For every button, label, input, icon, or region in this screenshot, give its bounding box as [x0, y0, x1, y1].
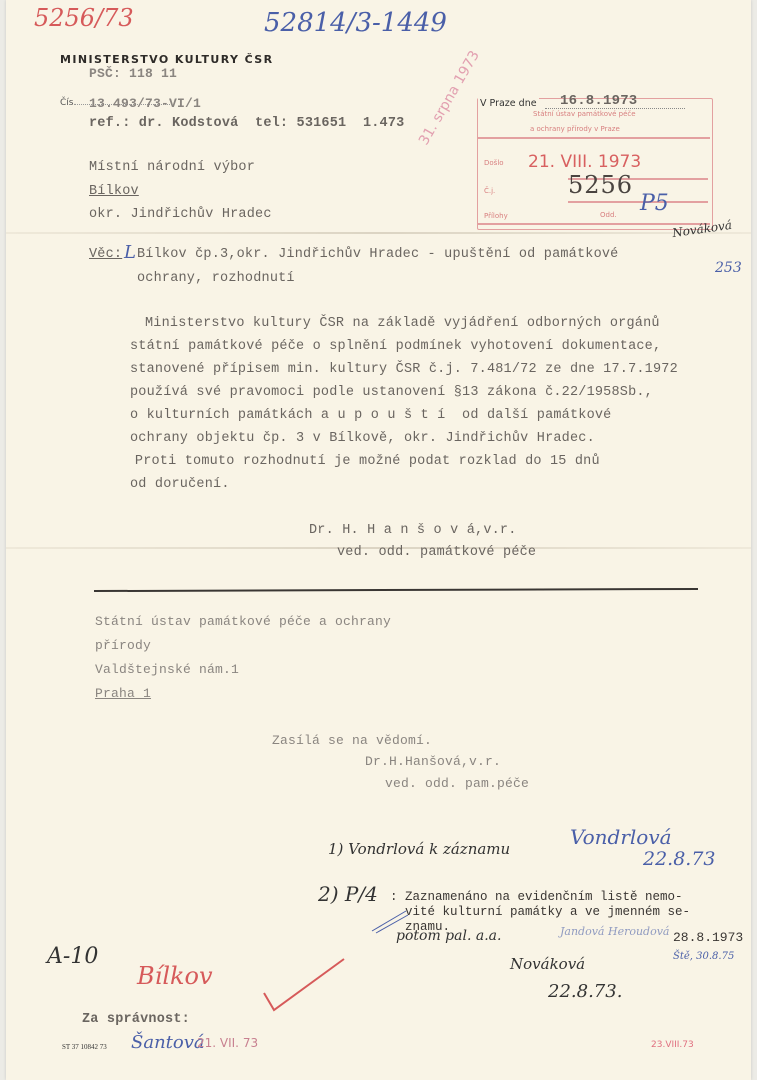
stamp-attachments-label: Přílohy: [484, 212, 508, 220]
body-line: používá své pravomoci podle ustanovení §…: [130, 385, 653, 400]
body-line: stanovené přípisem min. kultury ČSR č.j.…: [130, 362, 678, 377]
stamp-institution-line2: a ochrany přírody v Praze: [530, 125, 620, 133]
note2-line: vité kulturní památky a ve jmenném se-: [390, 905, 690, 919]
copy-recipient-line1: Státní ústav památkové péče a ochrany: [95, 614, 391, 629]
copy-note-line2: Dr.H.Hanšová,v.r.: [365, 754, 501, 769]
annotation-note2-sign-blue: Jandová Heroudová: [560, 925, 670, 938]
number-label: Čís.: [60, 98, 76, 108]
stamp-divider: [478, 137, 710, 139]
letterhead-organization: MINISTERSTVO KULTURY ČSR: [60, 53, 274, 66]
place-date-label: V Praze dne: [478, 98, 539, 109]
correctness-signature: Šantová: [131, 1032, 205, 1053]
margin-note-number: 253: [715, 260, 742, 276]
postal-code: PSČ: 118 11: [89, 66, 177, 81]
stamp-divider: [478, 223, 710, 225]
stamp-divider: [568, 201, 708, 203]
copy-recipient-line4: Praha 1: [95, 686, 151, 701]
correctness-label: Za správnost:: [82, 1012, 190, 1027]
subject-line2: ochrany, rozhodnutí: [137, 271, 295, 286]
annotation-note3-sign: Nováková: [510, 955, 585, 973]
body-line: Ministerstvo kultury ČSR na základě vyjá…: [145, 316, 660, 331]
stamp-dept-label: Odd.: [600, 211, 617, 219]
annotation-note1-sign: Vondrlová: [570, 825, 672, 849]
fold-line: [6, 232, 751, 234]
body-line: ochrany objektu čp. 3 v Bílkově, okr. Ji…: [130, 431, 595, 446]
document-number: 13.493/73-VI/1: [89, 96, 201, 111]
print-code: ST 37 10842 73: [62, 1043, 107, 1051]
received-stamp: Státní ústav památkové péče a ochrany př…: [477, 98, 713, 230]
handwritten-ref-red: 5256/73: [34, 4, 134, 32]
signature-name: Dr. H. H a n š o v á,v.r.: [309, 523, 517, 538]
body-line: od doručení.: [130, 477, 230, 492]
body-line: o kulturních památkách a u p o u š t í o…: [130, 408, 611, 423]
copy-recipient-line2: přírody: [95, 638, 151, 653]
file-code: A-10: [47, 944, 98, 969]
copy-note-line3: ved. odd. pam.péče: [385, 776, 529, 791]
stamp-dept-value: P5: [640, 191, 669, 216]
stamp-registry-number: 5256: [568, 171, 633, 199]
annotation-note2-date: 28.8.1973: [673, 930, 743, 945]
stamp-institution-line1: Státní ústav památkové péče: [533, 110, 636, 118]
reference-line: ref.: dr. Kodstová tel: 531651 1.473: [89, 116, 404, 131]
correctness-stamp-date: 21. VII. 73: [197, 1036, 258, 1050]
recipient-line1: Místní národní výbor: [89, 160, 255, 175]
copy-note-line1: Zasílá se na vědomí.: [272, 733, 432, 748]
signature-title: ved. odd. památkové péče: [337, 545, 536, 560]
recipient-line2: Bílkov: [89, 184, 139, 199]
stamp-date-label: Došlo: [484, 159, 504, 167]
stamp-number-label: Č.j.: [484, 187, 495, 195]
annotation-note1-date: 22.8.73: [643, 848, 716, 870]
stamp-received-date: 21. VIII. 1973: [528, 152, 641, 172]
tick-mark-icon: [370, 905, 410, 935]
body-line: Proti tomuto rozhodnutí je možné podat r…: [110, 454, 600, 469]
copy-recipient-line3: Valdštejnské nám.1: [95, 662, 239, 677]
annotation-note2-hand: potom pal. a.a.: [396, 928, 501, 944]
annotation-note2-prefix: 2) P/4: [318, 882, 378, 906]
note2-line: : Zaznamenáno na evidenčním listě nemo-: [390, 890, 683, 904]
subject-mark: L: [124, 242, 136, 263]
annotation-note1: 1) Vondrlová k záznamu: [328, 840, 510, 858]
annotation-note3-date: 22.8.73.: [548, 981, 622, 1002]
subject-label: Věc:: [89, 247, 122, 262]
checkmark-icon: [262, 955, 347, 1015]
recipient-line3: okr. Jindřichův Hradec: [89, 207, 272, 222]
subject-line1: Bílkov čp.3,okr. Jindřichův Hradec - upu…: [137, 247, 618, 262]
annotation-note2-sign-small: Ště, 30.8.75: [673, 951, 734, 962]
handwritten-ref-blue: 52814/3-1449: [264, 8, 447, 38]
bottom-red-stamp: 23.VIII.73: [651, 1040, 694, 1050]
body-line: státní památkové péče o splnění podmínek…: [130, 339, 661, 354]
footer-place-red: Bílkov: [137, 962, 213, 990]
place-date-value: 16.8.1973: [560, 93, 637, 109]
